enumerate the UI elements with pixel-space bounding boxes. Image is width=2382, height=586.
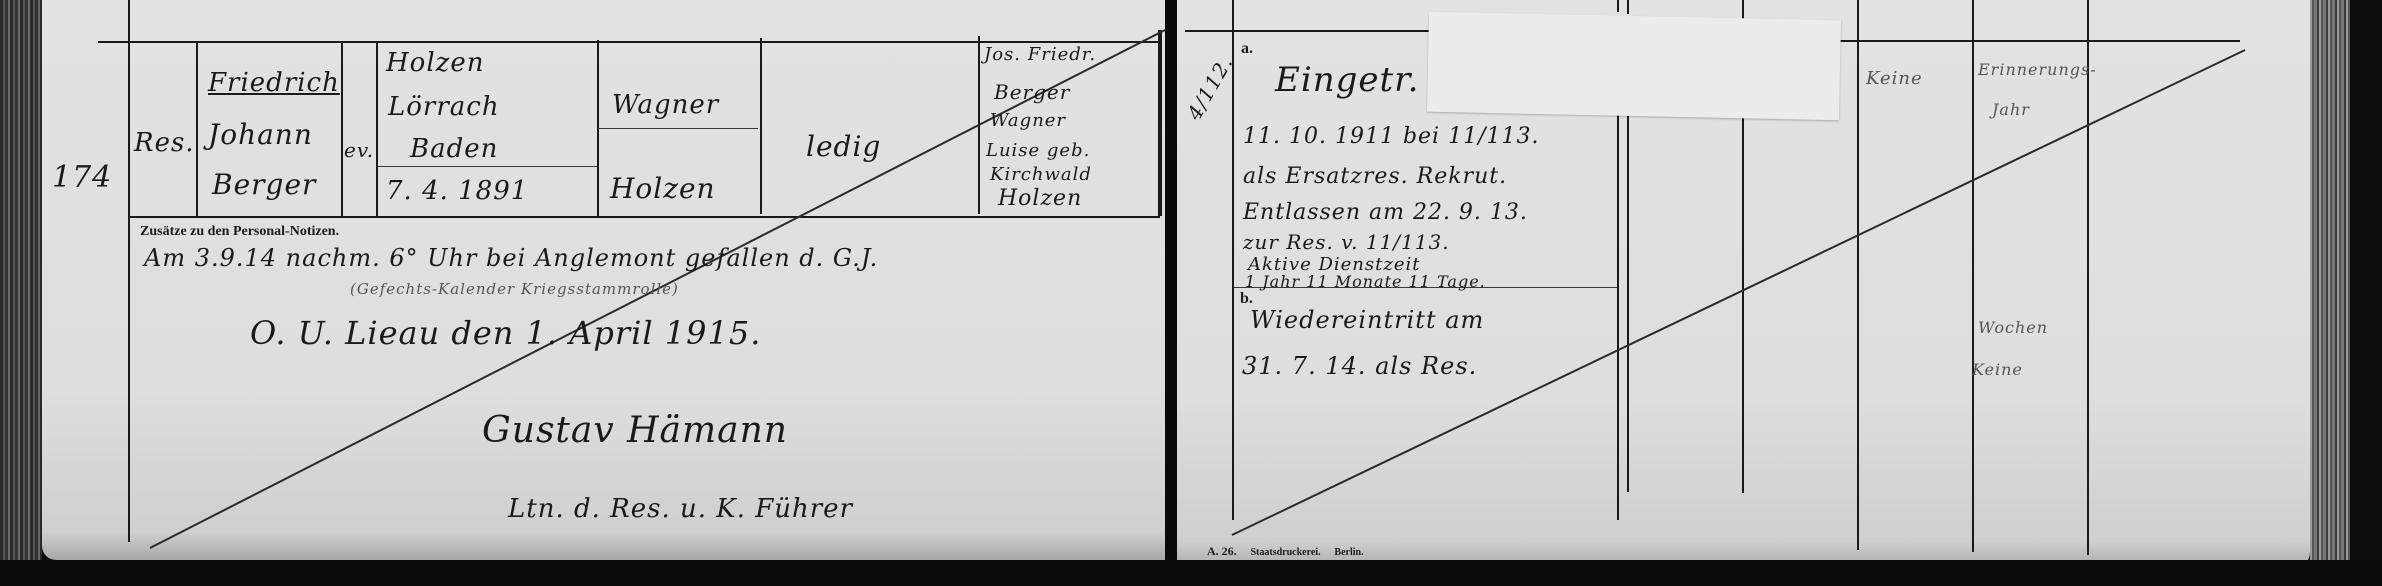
birthplace-line-1: Holzen: [386, 48, 484, 78]
printer-name: Staatsdruckerei.: [1251, 547, 1321, 558]
given-name-1: Friedrich: [208, 68, 340, 98]
marital-status-cell: ledig: [806, 130, 881, 163]
birthplace-line-3: Baden: [410, 134, 498, 164]
form-number: A. 26.: [1207, 544, 1237, 558]
column-conduct-entry: Keine: [1866, 68, 1923, 89]
remarks-line: Erinnerungs-: [1978, 60, 2097, 79]
remarks-line: Jahr: [1992, 100, 2030, 119]
notes-line-1: Am 3.9.14 nachm. 6° Uhr bei Anglemont ge…: [144, 244, 878, 272]
residence: Holzen: [610, 172, 716, 205]
occupation: Wagner: [612, 90, 719, 120]
remarks-line: Keine: [1972, 360, 2023, 379]
section-b-line: Wiedereintritt am: [1250, 306, 1484, 334]
book-gutter: [1165, 0, 1177, 586]
pasted-paper-slip: [1427, 12, 1841, 121]
section-a-label: a.: [1241, 40, 1253, 58]
parents-line: Jos. Friedr.: [984, 44, 1096, 65]
section-b-line: 31. 7. 14. als Res.: [1242, 352, 1477, 380]
parents-line: Luise geb.: [986, 140, 1090, 161]
section-a-line: Entlassen am 22. 9. 13.: [1243, 200, 1528, 225]
parents-line: Kirchwald: [990, 164, 1092, 185]
book-edge-right: [2310, 0, 2350, 575]
book-edge-left: [0, 0, 42, 560]
rank-cell: Res.: [134, 128, 195, 158]
given-name-2: Johann: [208, 118, 313, 151]
signature-title: Ltn. d. Res. u. K. Führer: [508, 494, 853, 524]
section-a-line: 11. 10. 1911 bei 11/113.: [1243, 124, 1539, 149]
birthplace-line-2: Lörrach: [388, 92, 500, 122]
entry-number: 174: [52, 160, 112, 195]
notes-line-2: (Gefechts-Kalender Kriegsstammrolle): [350, 280, 679, 298]
section-a-line: zur Res. v. 11/113.: [1243, 230, 1450, 254]
parents-line: Holzen: [998, 186, 1082, 211]
certification-line: O. U. Lieau den 1. April 1915.: [250, 314, 761, 352]
section-a-line: 1 Jahr 11 Monate 11 Tage.: [1245, 272, 1486, 291]
birth-date: 7. 4. 1891: [386, 176, 528, 206]
religion-cell: ev.: [344, 138, 374, 162]
signature-name: Gustav Hämann: [482, 410, 788, 451]
notes-heading: Zusätze zu den Personal-Notizen.: [140, 224, 339, 240]
surname: Berger: [212, 168, 316, 201]
remarks-line: Wochen: [1978, 318, 2048, 337]
section-a-line: Eingetr.: [1275, 60, 1419, 100]
printer-city: Berlin.: [1334, 547, 1363, 558]
parents-line: Wagner: [990, 110, 1066, 131]
parents-line: Berger: [994, 80, 1070, 104]
section-a-line: als Ersatzres. Rekrut.: [1243, 164, 1507, 189]
bottom-shadow: [0, 560, 2382, 586]
footer-imprint: A. 26. Staatsdruckerei. Berlin.: [1207, 544, 1364, 559]
